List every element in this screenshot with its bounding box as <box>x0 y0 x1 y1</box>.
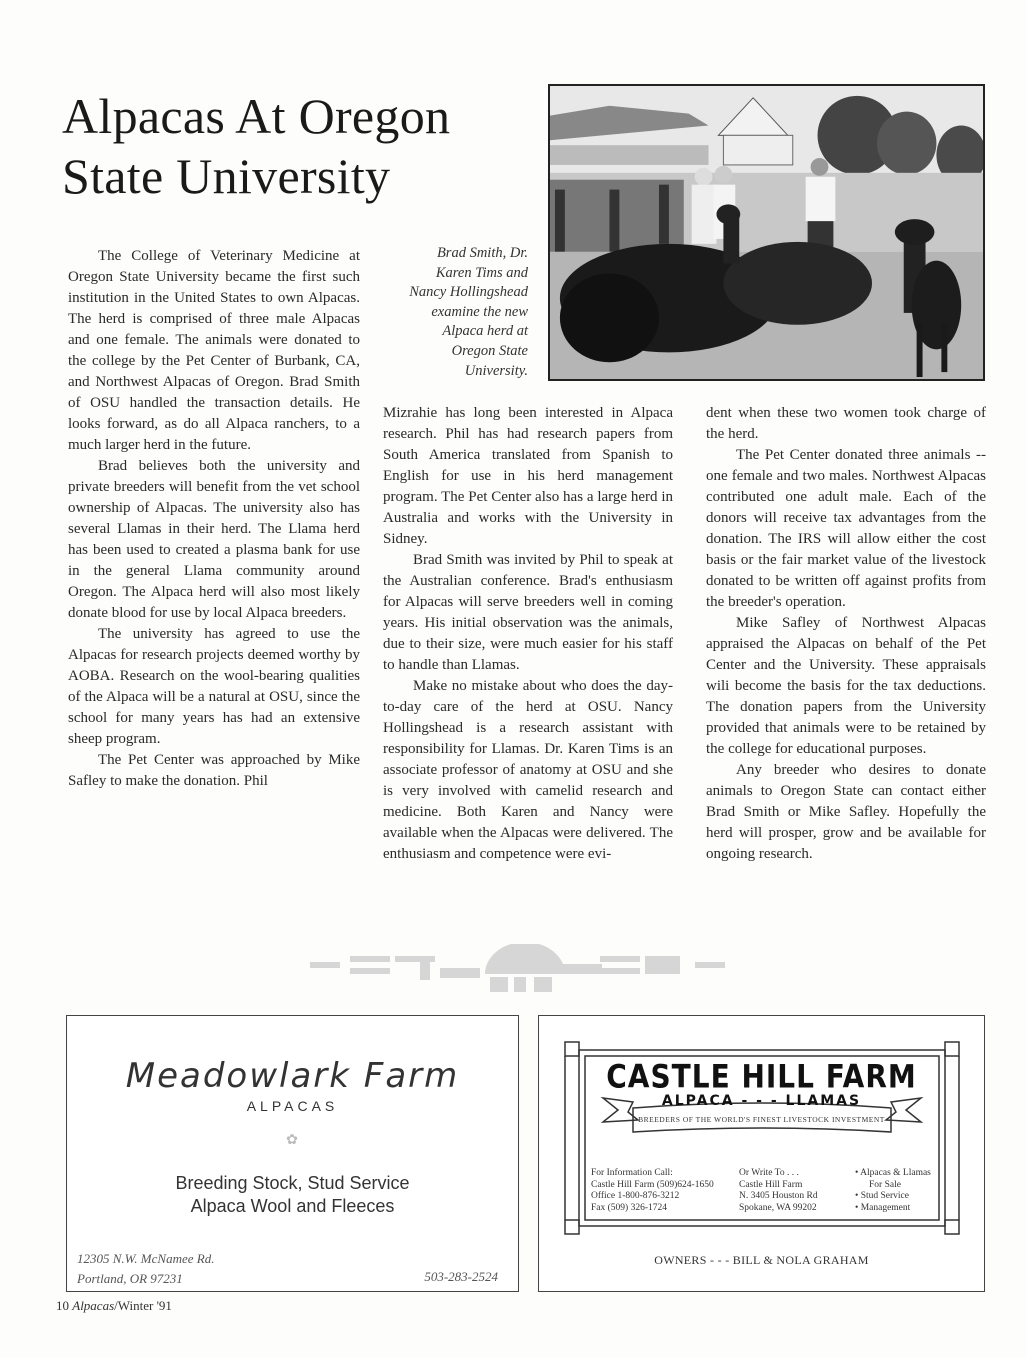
meadowlark-phone: 503-283-2524 <box>424 1269 498 1285</box>
info-line: For Information Call: <box>591 1168 714 1180</box>
caption-line: Nancy Hollingshead <box>392 283 528 303</box>
meadowlark-logo-icon: ✿ <box>272 1132 312 1154</box>
address-line: 12305 N.W. McNamee Rd. <box>77 1249 214 1269</box>
paragraph: The Pet Center was approached by Mike Sa… <box>68 750 360 792</box>
paragraph: dent when these two women took charge of… <box>706 403 986 445</box>
castle-hill-address-info: Or Write To . . . Castle Hill Farm N. 34… <box>739 1168 818 1214</box>
paragraph: Mike Safley of Northwest Alpacas apprais… <box>706 613 986 760</box>
info-line: N. 3405 Houston Rd <box>739 1191 818 1203</box>
paragraph: The university has agreed to use the Alp… <box>68 624 360 750</box>
castle-hill-farm-name: CASTLE HILL FARM <box>539 1058 984 1096</box>
castle-hill-farm-ad: CASTLE HILL FARM ALPACA - - - LLAMAS BRE… <box>538 1015 985 1292</box>
meadowlark-subtitle: ALPACAS <box>67 1098 518 1114</box>
service-line: Alpaca Wool and Fleeces <box>67 1195 518 1218</box>
publication-name: Alpacas <box>72 1298 114 1313</box>
page-number: 10 <box>56 1298 69 1313</box>
section-divider-ornament-icon <box>300 944 740 994</box>
article-column-2: Mizrahie has long been interested in Alp… <box>383 403 673 865</box>
info-line: For Sale <box>855 1180 931 1192</box>
photo-caption: Brad Smith, Dr. Karen Tims and Nancy Hol… <box>392 244 528 381</box>
castle-hill-subtitle: ALPACA - - - LLAMAS <box>539 1093 984 1109</box>
meadowlark-address: 12305 N.W. McNamee Rd. Portland, OR 9723… <box>77 1249 214 1289</box>
castle-hill-phone-info: For Information Call: Castle Hill Farm (… <box>591 1168 714 1214</box>
paragraph: Mizrahie has long been interested in Alp… <box>383 403 673 550</box>
info-line: Castle Hill Farm (509)624-1650 <box>591 1180 714 1192</box>
paragraph: The Pet Center donated three animals -- … <box>706 445 986 613</box>
article-column-1: The College of Veterinary Medicine at Or… <box>68 246 360 792</box>
paragraph: Make no mistake about who does the day-t… <box>383 676 673 865</box>
caption-line: Brad Smith, Dr. <box>392 244 528 264</box>
info-line: • Alpacas & Llamas <box>855 1168 931 1180</box>
article-title: Alpacas At Oregon State University <box>62 86 450 206</box>
info-line: Fax (509) 326-1724 <box>591 1203 714 1215</box>
info-line: • Stud Service <box>855 1191 931 1203</box>
paragraph: The College of Veterinary Medicine at Or… <box>68 246 360 456</box>
castle-hill-banner: BREEDERS OF THE WORLD'S FINEST LIVESTOCK… <box>539 1115 984 1124</box>
castle-hill-owners: OWNERS - - - BILL & NOLA GRAHAM <box>539 1253 984 1268</box>
info-line: • Management <box>855 1203 931 1215</box>
castle-hill-services: • Alpacas & Llamas For Sale • Stud Servi… <box>855 1168 931 1214</box>
info-line: Spokane, WA 99202 <box>739 1203 818 1215</box>
info-line: Or Write To . . . <box>739 1168 818 1180</box>
paragraph: Any breeder who desires to donate animal… <box>706 760 986 865</box>
info-line: Office 1-800-876-3212 <box>591 1191 714 1203</box>
meadowlark-services: Breeding Stock, Stud Service Alpaca Wool… <box>67 1172 518 1218</box>
caption-line: Oregon State <box>392 342 528 362</box>
issue-date: /Winter '91 <box>114 1298 172 1313</box>
paragraph: Brad Smith was invited by Phil to speak … <box>383 550 673 676</box>
meadowlark-farm-ad: Meadowlark Farm ALPACAS ✿ Breeding Stock… <box>66 1015 519 1292</box>
service-line: Breeding Stock, Stud Service <box>67 1172 518 1195</box>
address-line: Portland, OR 97231 <box>77 1269 214 1289</box>
title-line-2: State University <box>62 146 450 206</box>
caption-line: Alpaca herd at <box>392 322 528 342</box>
caption-line: examine the new <box>392 303 528 323</box>
alpaca-herd-photo <box>548 84 985 381</box>
title-line-1: Alpacas At Oregon <box>62 86 450 146</box>
meadowlark-farm-name: Meadowlark Farm <box>67 1056 518 1096</box>
caption-line: Karen Tims and <box>392 264 528 284</box>
article-column-3: dent when these two women took charge of… <box>706 403 986 865</box>
page-footer: 10 Alpacas/Winter '91 <box>56 1298 172 1314</box>
caption-line: University. <box>392 362 528 382</box>
info-line: Castle Hill Farm <box>739 1180 818 1192</box>
paragraph: Brad believes both the university and pr… <box>68 456 360 624</box>
